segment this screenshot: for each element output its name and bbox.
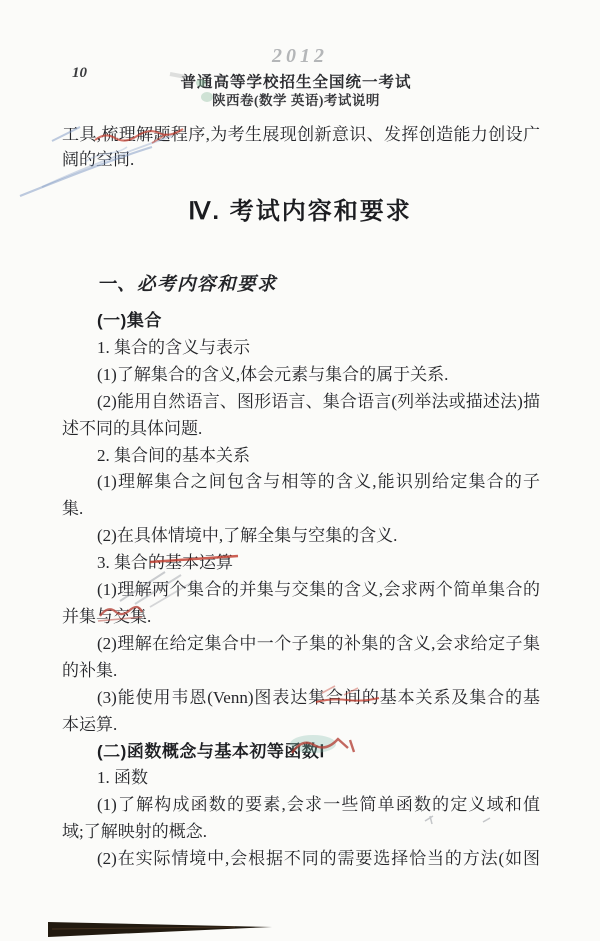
body-line: (2)能用自然语言、图形语言、集合语言(列举法或描述法)描 xyxy=(62,389,540,416)
body-line: (二)函数概念与基本初等函数Ⅰ xyxy=(62,739,540,766)
body-line: 域;了解映射的概念. xyxy=(62,819,540,846)
subsection-heading: 一、必考内容和要求 xyxy=(97,270,277,296)
intro-line: 工具,梳理解题程序,为考生展现创新意识、发挥创造能力创设广 xyxy=(62,122,540,147)
body-line: (一)集合 xyxy=(62,308,540,335)
scan-year-watermark: 2012 xyxy=(0,45,600,68)
page-curl-highlight xyxy=(52,927,235,929)
body-line: (1)理解集合之间包含与相等的含义,能识别给定集合的子 xyxy=(62,469,540,496)
intro-paragraph: 工具,梳理解题程序,为考生展现创新意识、发挥创造能力创设广 阔的空间. xyxy=(62,122,540,173)
body-line: 3. 集合的基本运算 xyxy=(62,550,540,577)
running-title-line2: 陕西卷(数学 英语)考试说明 xyxy=(0,89,592,109)
section-heading: Ⅳ. 考试内容和要求 xyxy=(0,191,600,226)
body-line: (2)在实际情境中,会根据不同的需要选择恰当的方法(如图 xyxy=(62,846,540,873)
body-line: 述不同的具体问题. xyxy=(62,416,540,443)
scanned-book-page: { "header": { "year": "2012", "page_numb… xyxy=(0,0,600,941)
body-line: 集. xyxy=(62,496,540,523)
body-line: (2)在具体情境中,了解全集与空集的含义. xyxy=(62,523,540,550)
page-curl-artifact xyxy=(48,922,272,937)
body-line: 的补集. xyxy=(62,658,540,685)
body-line: (1)了解构成函数的要素,会求一些简单函数的定义域和值 xyxy=(62,792,540,819)
body-line: (3)能使用韦恩(Venn)图表达集合间的基本关系及集合的基 xyxy=(62,685,540,712)
body-line: 2. 集合间的基本关系 xyxy=(62,443,540,470)
body-line: (2)理解在给定集合中一个子集的补集的含义,会求给定子集 xyxy=(62,631,540,658)
body-line: 并集与交集. xyxy=(62,604,540,631)
intro-line: 阔的空间. xyxy=(62,147,540,172)
body-line: 1. 函数 xyxy=(62,765,540,792)
body-line: 1. 集合的含义与表示 xyxy=(62,335,540,362)
body-line: 本运算. xyxy=(62,712,540,739)
body-line: (1)了解集合的含义,体会元素与集合的属于关系. xyxy=(62,362,540,389)
body-text: (一)集合 1. 集合的含义与表示 (1)了解集合的含义,体会元素与集合的属于关… xyxy=(62,308,540,873)
body-line: (1)理解两个集合的并集与交集的含义,会求两个简单集合的 xyxy=(62,577,540,604)
